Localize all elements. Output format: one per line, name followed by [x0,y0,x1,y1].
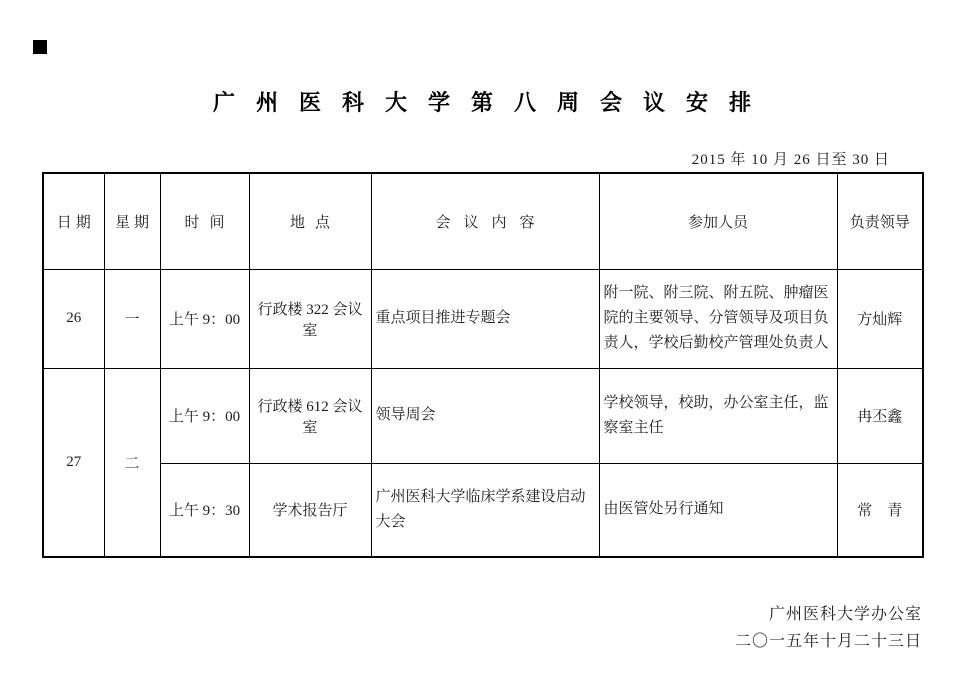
cell-time: 上午 9：00 [160,368,249,463]
header-cell-date: 日期 [43,173,104,269]
document-footer: 广州医科大学办公室 二〇一五年十月二十三日 [735,601,922,655]
cell-location: 行政楼 322 会议室 [249,269,371,368]
table-row: 上午 9：30 学术报告厅 广州医科大学临床学系建设启动大会 由医管处另行通知 … [43,463,923,557]
cell-content: 广州医科大学临床学系建设启动大会 [371,463,599,557]
header-cell-time: 时间 [160,173,249,269]
cell-weekday: 二 [104,368,160,557]
cell-participants: 由医管处另行通知 [599,463,837,557]
header-cell-location: 地点 [249,173,371,269]
table-row: 27 二 上午 9：00 行政楼 612 会议室 领导周会 学校领导，校助，办公… [43,368,923,463]
cell-time: 上午 9：30 [160,463,249,557]
cell-location: 行政楼 612 会议室 [249,368,371,463]
cell-content: 领导周会 [371,368,599,463]
document-title: 广州医科大学第八周会议安排 [10,86,965,117]
cell-leader: 方灿辉 [837,269,923,368]
cell-participants: 学校领导，校助，办公室主任，监察室主任 [599,368,837,463]
cell-participants: 附一院、附三院、附五院、肿瘤医院的主要领导、分管领导及项目负责人，学校后勤校产管… [599,269,837,368]
table-header-row: 日期 星期 时间 地点 会议内容 参加人员 负责领导 [43,173,923,269]
header-cell-leader: 负责领导 [837,173,923,269]
cell-location: 学术报告厅 [249,463,371,557]
document-page: 广州医科大学第八周会议安排 2015 年 10 月 26 日至 30 日 日期 … [0,0,965,674]
table-row: 26 一 上午 9：00 行政楼 322 会议室 重点项目推进专题会 附一院、附… [43,269,923,368]
header-cell-content: 会议内容 [371,173,599,269]
cell-leader: 冉丕鑫 [837,368,923,463]
meeting-schedule-table: 日期 星期 时间 地点 会议内容 参加人员 负责领导 26 一 上午 9：00 … [42,172,924,558]
cell-leader: 常 青 [837,463,923,557]
cell-time: 上午 9：00 [160,269,249,368]
footer-date: 二〇一五年十月二十三日 [735,628,922,655]
cell-date: 26 [43,269,104,368]
header-cell-participants: 参加人员 [599,173,837,269]
cell-weekday: 一 [104,269,160,368]
footer-office-name: 广州医科大学办公室 [735,601,922,628]
date-range: 2015 年 10 月 26 日至 30 日 [692,148,890,169]
corner-mark [33,40,47,54]
cell-content: 重点项目推进专题会 [371,269,599,368]
header-cell-weekday: 星期 [104,173,160,269]
cell-date: 27 [43,368,104,557]
